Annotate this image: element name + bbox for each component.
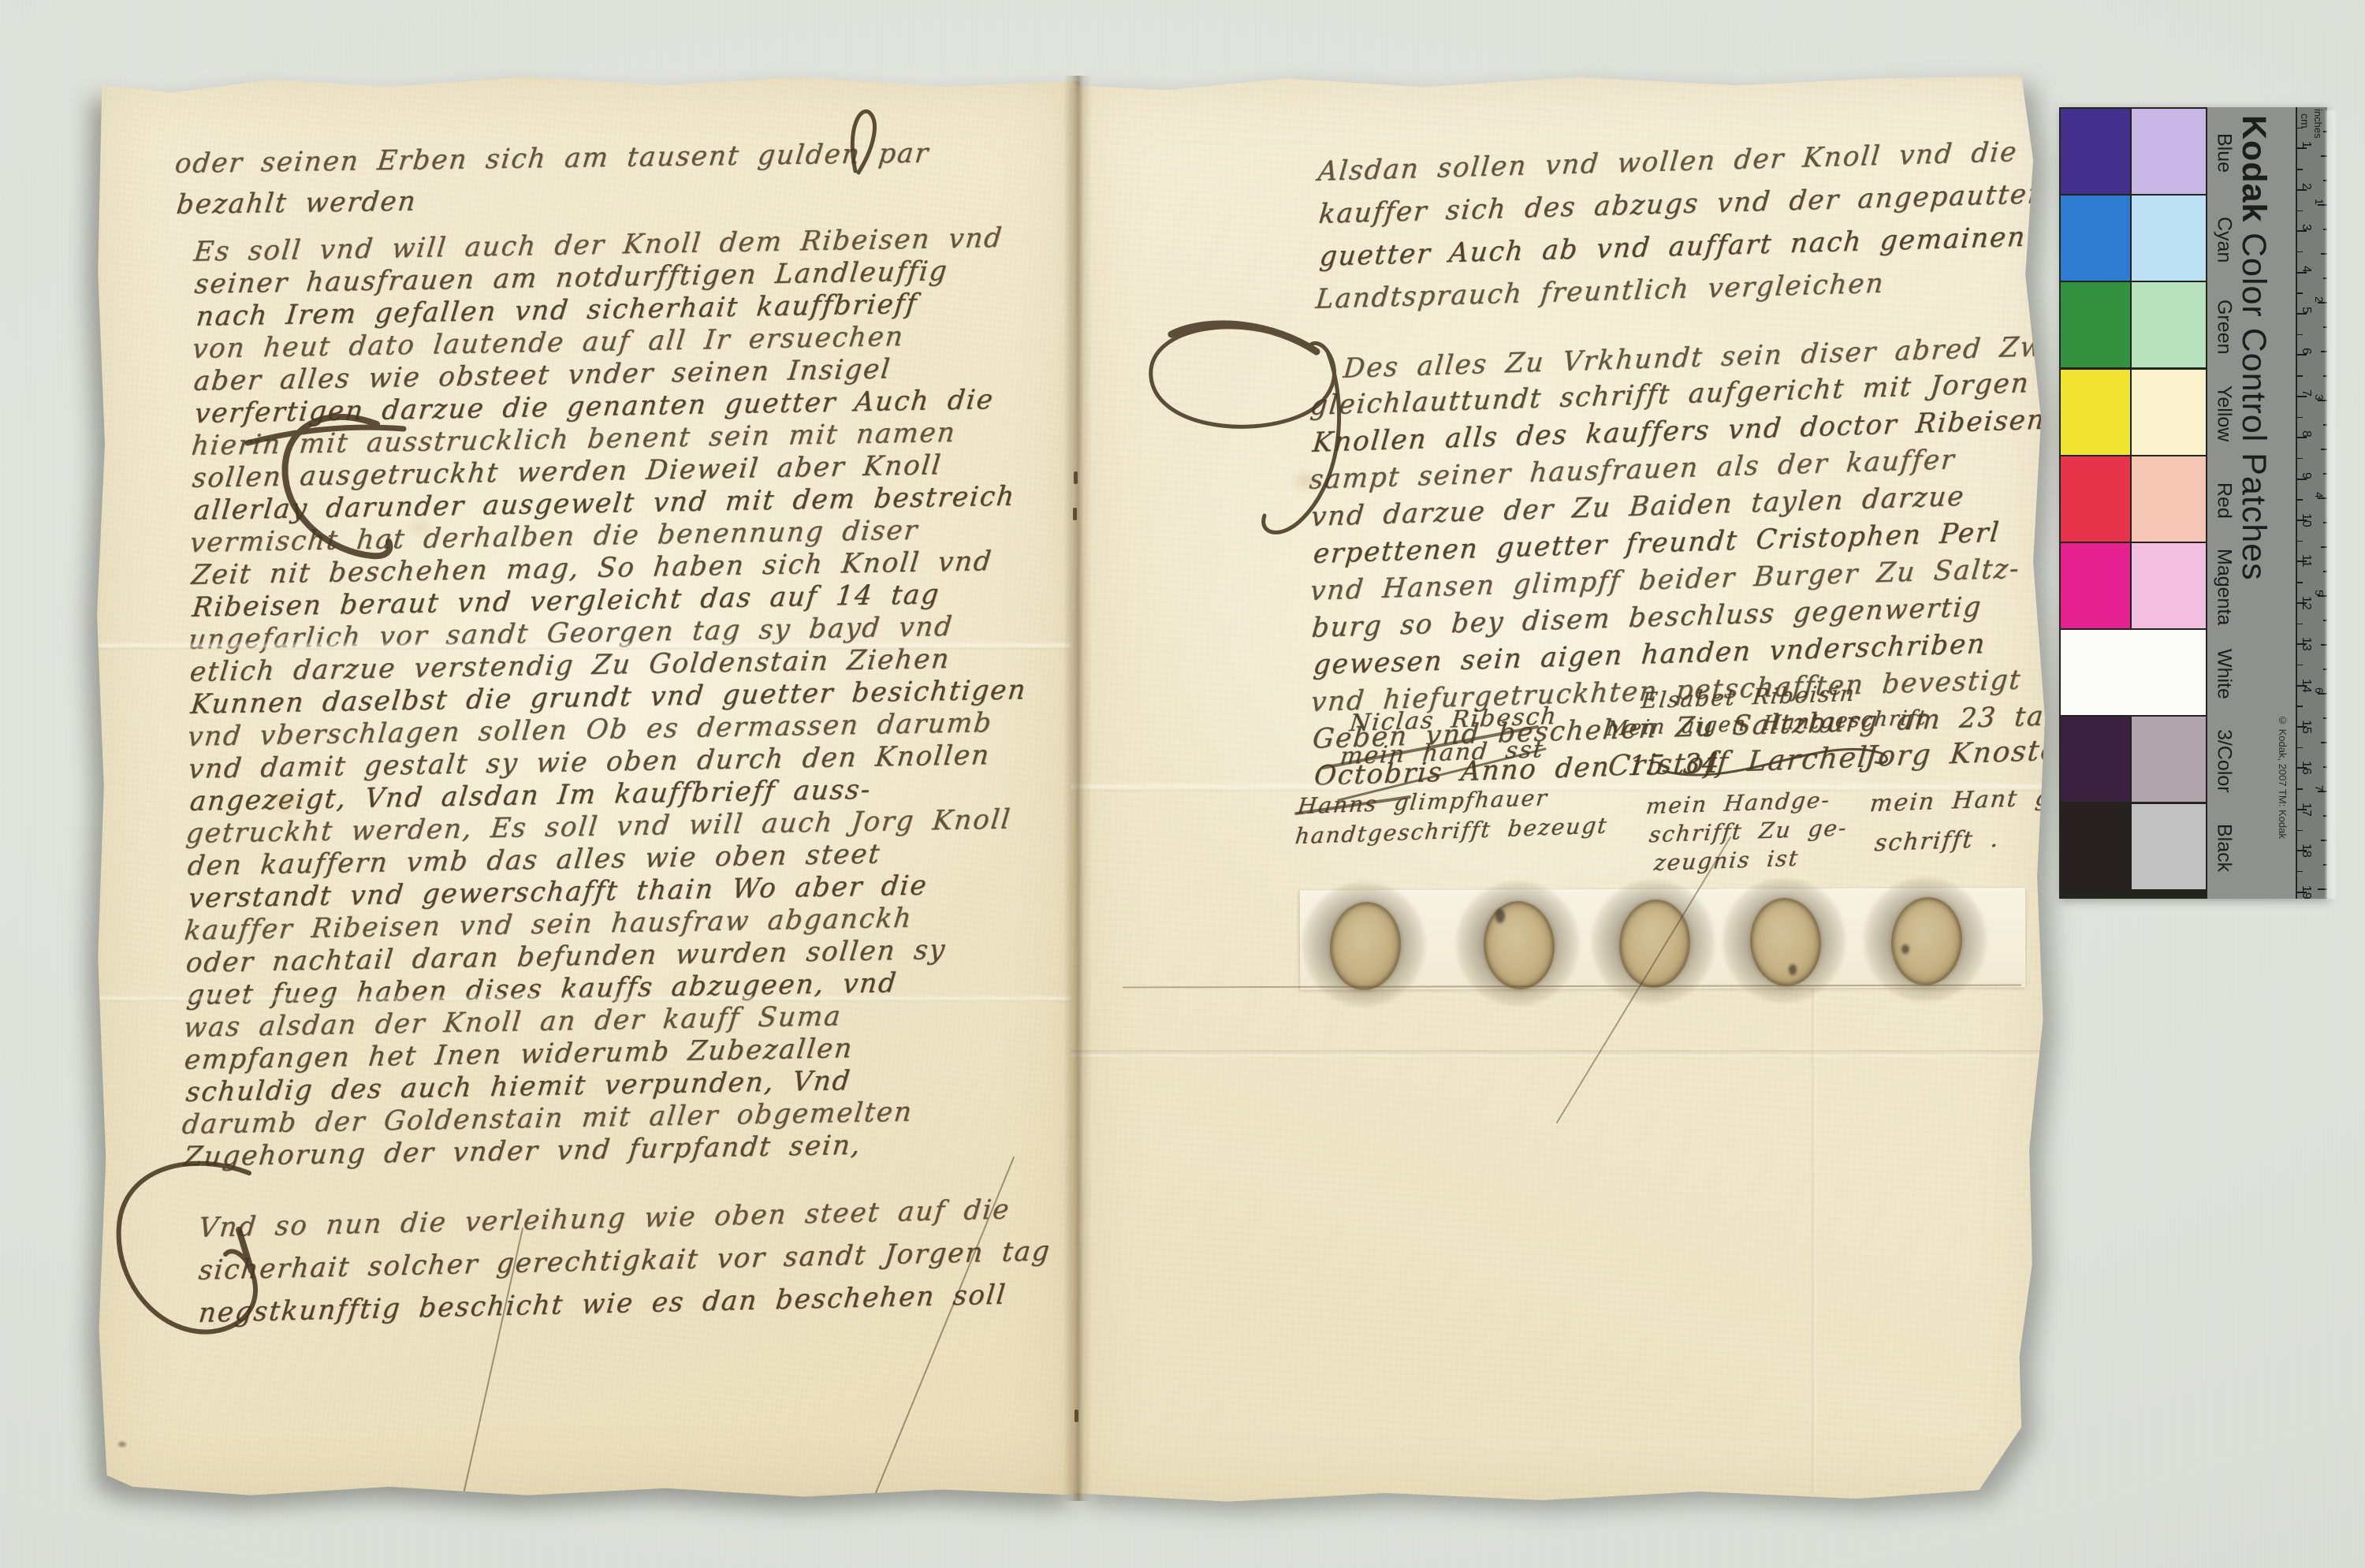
chart-label-red: Red [2212, 455, 2236, 546]
handwriting-line: Es soll vnd will auch der Knoll dem Ribe… [192, 222, 1004, 268]
horizontal-crease [1071, 1050, 2053, 1056]
handwriting-line: Landtsprauch freuntlich vergleichen [1314, 268, 1886, 315]
inch-number: 7 [2313, 785, 2326, 791]
color-patch-blue-solid [2061, 109, 2130, 194]
handwriting-line: vnd damit gestalt sy wie oben durch den … [187, 739, 992, 785]
signature-line-left: Niclas Ribesch [1348, 702, 1559, 737]
signature-line-right: Jorg Knostel [1864, 734, 2053, 773]
signature-line-left: handtgeschrifft bezeugt [1294, 812, 1609, 849]
chart-brand-title: Kodak Color Control Patches [2234, 115, 2273, 825]
chart-label-yellow: Yellow [2212, 368, 2236, 460]
right-page-wrap: Alsdan sollen vnd wollen der Knoll vnd d… [0, 0, 2365, 1568]
cm-number: 17 [2299, 803, 2313, 817]
left-page-flourishes [93, 73, 1080, 1501]
wax-seal-halo [1302, 882, 1425, 1007]
signature-line-center: Mein aigen Hantgeschrift [1605, 706, 1928, 741]
cm-half-tick [2297, 128, 2303, 129]
cm-half-tick [2297, 582, 2303, 583]
seal-ink-mark [1789, 964, 1797, 975]
wax-seal [1480, 899, 1558, 992]
cm-half-tick [2297, 458, 2303, 460]
handwriting-line: sollen ausgetruckht werden Dieweil aber … [191, 449, 944, 494]
wax-seal-halo [1592, 880, 1715, 1004]
cm-number: 1 [2299, 141, 2313, 148]
chart-label-magenta: Magenta [2212, 542, 2236, 633]
cm-half-tick [2297, 499, 2303, 501]
cm-half-tick [2297, 624, 2303, 625]
cm-number: 15 [2299, 720, 2313, 734]
handwriting-line: guet fueg haben dises kauffs abzugeen, v… [185, 967, 899, 1011]
color-patch-red-solid [2061, 456, 2130, 542]
handwriting-line: Octobris Anno den 15 34 [1313, 748, 1722, 792]
chart-label-white: White [2212, 628, 2236, 720]
handwriting-line: ungefarlich vor sandt Georgen tag sy bay… [187, 611, 955, 656]
handwriting-line: etlich darzue verstendig Zu Goldenstain … [188, 643, 952, 688]
handwriting-line: gewesen sein aigen handen vnderschriben [1313, 628, 1988, 681]
chart-label-blue: Blue [2212, 107, 2236, 199]
handwriting-line: bezahlt werden [175, 186, 419, 221]
cm-half-tick [2297, 292, 2303, 294]
wax-seal-halo [1864, 877, 1987, 1002]
binding-stitch [1074, 471, 1078, 484]
inch-number: 1 [2313, 199, 2326, 205]
wax-seal [1326, 899, 1404, 993]
handwriting-line: vermischt hat derhalben die benennung di… [188, 515, 920, 559]
chart-label-black: Black [2212, 803, 2236, 894]
cm-number: 9 [2299, 472, 2313, 479]
inch-number: 3 [2313, 394, 2326, 400]
color-patch-yellow-solid [2061, 370, 2130, 455]
signature-line-right: schrifft . [1873, 825, 2001, 857]
handwriting-line: Zugehorung der vnder vnd furpfandt sein, [181, 1130, 862, 1173]
horizontal-crease [1071, 782, 2053, 791]
color-patch-yellow-tint [2132, 370, 2206, 455]
handwriting-line: verfertigen darzue die genanten guetter … [193, 384, 996, 430]
seal-ink-mark [1495, 909, 1505, 923]
handwriting-line: angezeigt, Vnd alsdan Im kauffbrieff aus… [188, 774, 873, 818]
cm-half-tick [2297, 706, 2303, 707]
handwriting-line: burg so bey disem beschluss gegenwertig [1310, 591, 1983, 644]
cm-half-tick [2297, 375, 2303, 377]
paper-stain [1288, 467, 1323, 495]
handwriting-line: Alsdan sollen vnd wollen der Knoll vnd d… [1317, 136, 2019, 188]
manuscript-photo: oder seinen Erben sich am tausent gulden… [0, 0, 2365, 1568]
handwriting-line: kauffer Ribeisen vnd sein hausfraw abgan… [183, 903, 914, 947]
cm-half-tick [2297, 830, 2303, 832]
vertical-crease [1812, 894, 1816, 1493]
handwriting-line: vnd darzue der Zu Baiden taylen darzue [1309, 481, 1966, 533]
strip-crease-line [1123, 985, 2021, 989]
chart-plastic-edge [2326, 110, 2336, 899]
handwriting-line: oder nachtail daran befunden wurden soll… [184, 934, 948, 979]
handwriting-line: allerlay darunder ausgewelt vnd mit dem … [192, 481, 1016, 527]
signature-line-center: Elsabet Ribeisin [1640, 680, 1857, 713]
handwriting-line: Vnd so nun die verleihung wie oben steet… [197, 1194, 1011, 1244]
handwriting-line: empfangen het Inen widerumb Zubezallen [183, 1033, 855, 1076]
signature-line-left: Hanns glimpfhauer [1296, 784, 1549, 819]
wax-seal-halo [1456, 881, 1579, 1006]
signature-line-center: schrifft Zu ge- [1648, 814, 1849, 847]
cm-half-tick [2297, 788, 2303, 790]
color-patch-3/color-tint [2132, 717, 2206, 802]
right-page-flourishes [1071, 74, 2053, 1507]
cm-half-tick [2297, 417, 2303, 419]
handwriting-line: vnd Hansen glimpff beider Burger Zu Salt… [1309, 553, 2021, 607]
cm-number: 5 [2299, 307, 2313, 314]
handwriting-line: erpettenen guetter freundt Cristophen Pe… [1312, 517, 2002, 571]
handwriting-line: hierin mit ausstrucklich benent sein mit… [190, 417, 958, 462]
inch-number: 6 [2313, 687, 2326, 694]
signature-line-center: zeugnis ist [1652, 845, 1800, 877]
cm-number: 7 [2299, 389, 2313, 397]
horizontal-crease [93, 995, 1080, 1002]
chart-copyright: © Kodak, 2007 TM: Kodak [2277, 714, 2289, 888]
color-patch-magenta-tint [2132, 543, 2206, 628]
manuscript-left-page: oder seinen Erben sich am tausent gulden… [93, 73, 1080, 1501]
color-patch-3/color-solid [2061, 717, 2130, 802]
cm-half-tick [2297, 747, 2303, 749]
cm-number: 13 [2299, 637, 2313, 651]
cm-number: 14 [2299, 679, 2313, 693]
handwriting-line: guetter Auch ab vnd auffart nach gemaine… [1318, 222, 2028, 273]
handwriting-line: getruckht werden, Es soll vnd will auch … [184, 804, 1013, 850]
signature-line-center: mein Handge- [1644, 787, 1831, 819]
handwriting-line: verstandt vnd gewerschafft thain Wo aber… [187, 870, 929, 914]
ink-fleck [117, 1440, 128, 1448]
handwriting-line: den kauffern vmb das alles wie oben stee… [185, 839, 881, 882]
color-patch-red-tint [2132, 456, 2206, 542]
title-text: Color Control Patches [2234, 233, 2273, 581]
handwriting-line: Kunnen daselbst die grundt vnd guetter b… [189, 674, 1028, 721]
cm-half-tick [2297, 665, 2303, 666]
color-patch-white [2061, 630, 2206, 715]
chart-ruler: cm inches 123456789101112131415161718191… [2296, 107, 2327, 899]
color-patch-blue-tint [2132, 109, 2206, 194]
cm-number: 12 [2299, 596, 2313, 610]
handwriting-line: vnd hiefurgetruckhten petschafften beves… [1309, 665, 2023, 718]
handwriting-line: Geben vnd beschehen Zu Saltzburg am 23 t… [1311, 700, 2053, 755]
inches-scale-label: inches [2312, 109, 2324, 139]
cm-number: 19 [2299, 885, 2313, 899]
paper-stain [266, 786, 307, 818]
cm-half-tick [2297, 251, 2303, 253]
inch-number: 5 [2313, 590, 2326, 596]
handwriting-line: sampt seiner hausfrauen als der kauffer [1308, 444, 1957, 496]
paper-stain [404, 514, 436, 541]
cm-number: 4 [2299, 266, 2313, 273]
handwriting-line: vnd vberschlagen sollen Ob es dermassen … [186, 707, 994, 753]
kodak-color-chart: BlueCyanGreenYellowRedMagentaWhite3/Colo… [2059, 107, 2326, 899]
chart-label-bar: BlueCyanGreenYellowRedMagentaWhite3/Colo… [2207, 107, 2296, 899]
color-patch-black-solid [2061, 804, 2130, 889]
wax-seal [1615, 896, 1693, 990]
handwriting-line: gleichlauttundt schrifft aufgericht mit … [1309, 367, 2031, 422]
color-patch-black-tint [2132, 804, 2206, 889]
handwriting-line: schuldig des auch hiemit verpunden, Vnd [184, 1065, 853, 1108]
chart-label-green: Green [2212, 281, 2236, 372]
inch-number: 4 [2313, 492, 2326, 498]
inch-number: 2 [2313, 296, 2326, 303]
binding-stitch [1074, 1410, 1078, 1422]
seal-strip [1299, 888, 2025, 989]
signature-line-center: Cristoff Larchel [1607, 741, 1870, 783]
binding-stitch [1073, 508, 1077, 520]
cm-half-tick [2297, 210, 2303, 212]
cm-number: 11 [2299, 554, 2313, 568]
handwriting-line: Des alles Zu Vrkhundt sein diser abred Z… [1342, 330, 2053, 385]
handwriting-line: Zeit nit beschehen mag, So haben sich Kn… [189, 546, 993, 591]
cm-half-tick [2297, 541, 2303, 542]
seal-ink-mark [1901, 944, 1909, 954]
horizontal-crease [93, 642, 1080, 650]
handwriting-line: seiner hausfrauen am notdurfftigen Landl… [193, 255, 950, 300]
signature-line-left: mein hand sst [1339, 736, 1545, 770]
cm-scale-label: cm [2299, 114, 2311, 128]
handwriting-line: kauffer sich des abzugs vnd der angepaut… [1317, 178, 2048, 230]
chart-label-cyan: Cyan [2212, 194, 2236, 285]
page-fold [1064, 76, 1091, 1501]
left-page-wrap: oder seinen Erben sich am tausent gulden… [0, 0, 2365, 1568]
handwriting-line: was alsdan der Knoll an der kauff Suma [182, 1000, 844, 1044]
cm-number: 8 [2299, 430, 2313, 438]
color-patch-magenta-solid [2061, 543, 2130, 628]
cm-half-tick [2297, 334, 2303, 336]
cm-half-tick [2297, 169, 2303, 170]
color-patch-cyan-solid [2061, 196, 2130, 281]
brand-text: Kodak [2234, 115, 2273, 222]
handwriting-line: aber alles wie obsteet vnder seinen Insi… [192, 354, 892, 398]
color-patch-cyan-tint [2132, 196, 2206, 281]
wax-seal [1887, 894, 1965, 988]
cm-number: 18 [2299, 844, 2313, 858]
cm-number: 3 [2299, 224, 2313, 231]
handwriting-line: Ribeisen beraut vnd vergleicht das auf 1… [191, 579, 941, 624]
cm-number: 16 [2299, 761, 2313, 775]
handwriting-line: oder seinen Erben sich am tausent gulden… [173, 138, 931, 180]
handwriting-line: nach Irem gefallen vnd sicherhait kauffb… [195, 289, 919, 333]
signature-line-right: mein Hant ge- [1868, 783, 2053, 818]
cm-half-tick [2297, 871, 2303, 873]
handwriting-line: Knollen alls des kauffers vnd doctor Rib… [1311, 404, 2047, 459]
color-patch-green-tint [2132, 282, 2206, 367]
manuscript-right-page: Alsdan sollen vnd wollen der Knoll vnd d… [1071, 74, 2053, 1507]
cm-number: 10 [2299, 513, 2313, 527]
chart-label-3/color: 3/Color [2212, 715, 2236, 806]
color-patch-grid [2059, 107, 2207, 899]
paper-stain [1802, 911, 1848, 946]
handwriting-line: von heut dato lautende auf all Ir ersuec… [191, 321, 906, 365]
handwriting-line: darumb der Goldenstain mit aller obgemel… [181, 1097, 914, 1141]
wax-seal-halo [1723, 878, 1845, 1003]
handwriting-line: negstkunfftig beschicht wie es dan besch… [197, 1279, 1008, 1329]
color-patch-green-solid [2061, 282, 2130, 367]
wax-seal [1747, 896, 1824, 989]
cm-number: 6 [2299, 348, 2313, 355]
handwriting-line: sicherhait solcher gerechtigkait vor san… [197, 1235, 1052, 1287]
cm-number: 2 [2299, 183, 2313, 190]
